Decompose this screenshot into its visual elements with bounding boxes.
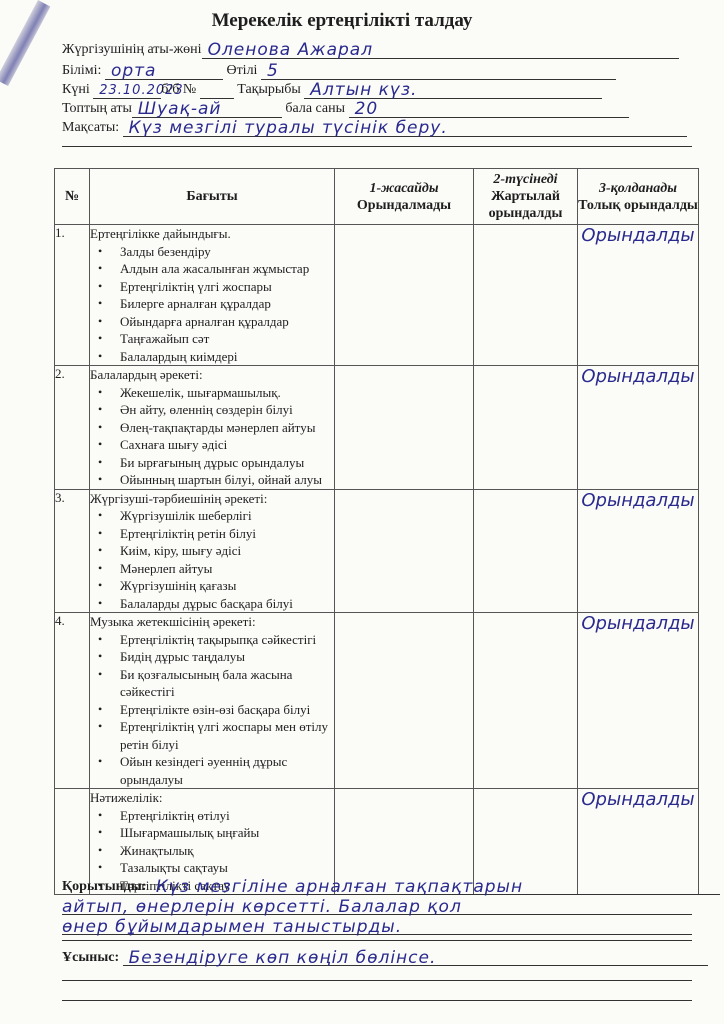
mark-value: Орындалды bbox=[581, 490, 694, 511]
mark-cell-col1[interactable] bbox=[335, 489, 474, 613]
mark-value: Орындалды bbox=[581, 225, 694, 246]
criteria-item: Ертеңгіліктің үлгі жоспары мен өтілу рет… bbox=[120, 718, 334, 753]
date-label: Күні bbox=[62, 82, 90, 97]
criteria-item: Балаларды дұрыс басқара білуі bbox=[120, 595, 334, 613]
row-heading: Музыка жетекшісінің әрекеті: bbox=[90, 613, 334, 631]
criteria-item: Ойындарға арналған құралдар bbox=[120, 313, 334, 331]
children-label: бала саны bbox=[285, 101, 345, 116]
criteria-item: Жинақтылық bbox=[120, 842, 334, 860]
criteria-item: Жүргізушінің қағазы bbox=[120, 577, 334, 595]
criteria-item: Шығармашылық ыңғайы bbox=[120, 824, 334, 842]
group-label: Топтың аты bbox=[62, 101, 132, 116]
criteria-item: Тазалықты сақтауы bbox=[120, 859, 334, 877]
row-heading: Балалардың әрекеті: bbox=[90, 366, 334, 384]
criteria-item: Алдын ала жасалынған жұмыстар bbox=[120, 260, 334, 278]
mark-cell-col3[interactable]: Орындалды bbox=[578, 366, 699, 490]
experience-label: Өтілі bbox=[226, 63, 257, 78]
mark-value: Орындалды bbox=[581, 366, 694, 387]
table-row: 4.Музыка жетекшісінің әрекеті:Ертеңгілік… bbox=[55, 613, 699, 789]
goal-field: Мақсаты: Күз мезгілі туралы түсінік беру… bbox=[62, 118, 692, 137]
criteria-item: Ертеңгіліктің өтілуі bbox=[120, 807, 334, 825]
header-col2: 2-түсінеді Жартылай орындалды bbox=[474, 169, 578, 225]
mark-cell-col1[interactable] bbox=[335, 225, 474, 366]
criteria-item: Ертеңгіліктің ретін білуі bbox=[120, 525, 334, 543]
row-number: 3. bbox=[55, 489, 90, 613]
criteria-item: Би ырғағының дұрыс орындалуы bbox=[120, 454, 334, 472]
mark-value: Орындалды bbox=[581, 789, 694, 810]
mark-cell-col2[interactable] bbox=[474, 366, 578, 490]
criteria-item: Жүргізушілік шеберлігі bbox=[120, 507, 334, 525]
suggestion-field: Ұсыныс: Безендіруге көп көңіл бөлінсе. bbox=[62, 948, 692, 966]
conclusion-line-1[interactable]: Күз мезгіліне арналған тақпақтарын bbox=[150, 877, 523, 897]
date-field: Күні 23.10.2023б/б № Тақырыбы Алтын күз. bbox=[62, 80, 692, 99]
evaluation-table: № Бағыты 1-жасайды Орындалмады 2-түсінед… bbox=[54, 168, 699, 895]
page-title: Мерекелік ертеңгілікті талдау bbox=[0, 10, 724, 32]
criteria-list: Жүргізушілік шеберлігіЕртеңгіліктің реті… bbox=[90, 507, 334, 612]
suggestion-label: Ұсыныс: bbox=[62, 950, 119, 965]
row-direction: Балалардың әрекеті:Жекешелік, шығармашыл… bbox=[90, 366, 335, 490]
conclusion-line-3[interactable]: өнер бұйымдарымен таныстырды. bbox=[62, 917, 402, 937]
criteria-item: Киім, кіру, шығу әдісі bbox=[120, 542, 334, 560]
conclusion-field-2: айтып, өнерлерін көрсетті. Балалар қол bbox=[62, 897, 692, 915]
experience-value[interactable]: 5 bbox=[261, 61, 279, 81]
mark-cell-col3[interactable]: Орындалды bbox=[578, 225, 699, 366]
criteria-item: Жекешелік, шығармашылық. bbox=[120, 384, 334, 402]
table-header-row: № Бағыты 1-жасайды Орындалмады 2-түсінед… bbox=[55, 169, 699, 225]
criteria-item: Ертеңгіліктің тақырыпқа сәйкестігі bbox=[120, 631, 334, 649]
children-value[interactable]: 20 bbox=[349, 99, 379, 119]
conclusion-line-2[interactable]: айтып, өнерлерін көрсетті. Балалар қол bbox=[62, 897, 462, 917]
criteria-item: Билерге арналған құралдар bbox=[120, 295, 334, 313]
education-label: Білімі: bbox=[62, 63, 101, 78]
criteria-item: Таңғажайып сәт bbox=[120, 330, 334, 348]
row-number: 4. bbox=[55, 613, 90, 789]
goal-extra-line bbox=[62, 146, 692, 147]
education-value[interactable]: орта bbox=[105, 61, 157, 81]
row-heading: Жүргізуші-тәрбиешінің әрекеті: bbox=[90, 490, 334, 508]
group-no-value[interactable] bbox=[200, 80, 206, 100]
table-row: 3.Жүргізуші-тәрбиешінің әрекеті:Жүргізуш… bbox=[55, 489, 699, 613]
criteria-item: Мәнерлеп айтуы bbox=[120, 560, 334, 578]
mark-cell-col2[interactable] bbox=[474, 489, 578, 613]
table-row: 1.Ертеңгілікке дайындығы.Залды безендіру… bbox=[55, 225, 699, 366]
row-direction: Ертеңгілікке дайындығы.Залды безендіруАл… bbox=[90, 225, 335, 366]
criteria-item: Өлең-тақпақтарды мәнерлеп айтуы bbox=[120, 419, 334, 437]
criteria-item: Би қозғалысының бала жасына сәйкестігі bbox=[120, 666, 334, 701]
criteria-item: Балалардың киімдері bbox=[120, 348, 334, 366]
row-direction: Жүргізуші-тәрбиешінің әрекеті:Жүргізушіл… bbox=[90, 489, 335, 613]
teacher-value[interactable]: Оленова Ажарал bbox=[202, 40, 374, 60]
header-direction: Бағыты bbox=[90, 169, 335, 225]
conclusion-field-3: өнер бұйымдарымен таныстырды. bbox=[62, 917, 692, 935]
group-no-label: б/б № bbox=[161, 82, 196, 97]
education-field: Білімі: орта Өтілі 5 bbox=[62, 61, 692, 80]
group-field: Топтың атыШуақ-ай бала саны 20 bbox=[62, 99, 692, 118]
teacher-label: Жүргізушінің аты-жөні bbox=[62, 42, 202, 57]
teacher-field: Жүргізушінің аты-жөніОленова Ажарал bbox=[62, 40, 692, 59]
group-value[interactable]: Шуақ-ай bbox=[132, 99, 222, 119]
topic-label: Тақырыбы bbox=[237, 82, 301, 97]
criteria-item: Бидің дұрыс таңдалуы bbox=[120, 648, 334, 666]
criteria-list: Ертеңгіліктің тақырыпқа сәйкестігіБидің … bbox=[90, 631, 334, 789]
conclusion-label: Қорытынды: bbox=[62, 879, 146, 894]
criteria-item: Залды безендіру bbox=[120, 243, 334, 261]
mark-cell-col1[interactable] bbox=[335, 613, 474, 789]
goal-value[interactable]: Күз мезгілі туралы түсінік беру. bbox=[123, 118, 448, 138]
row-number: 1. bbox=[55, 225, 90, 366]
criteria-item: Ойын кезіндегі әуеннің дұрыс орындалуы bbox=[120, 753, 334, 788]
criteria-item: Ойынның шартын білуі, ойнай алуы bbox=[120, 471, 334, 489]
header-num: № bbox=[55, 169, 90, 225]
mark-cell-col2[interactable] bbox=[474, 613, 578, 789]
mark-cell-col3[interactable]: Орындалды bbox=[578, 613, 699, 789]
mark-value: Орындалды bbox=[581, 613, 694, 634]
conclusion-field: Қорытынды: Күз мезгіліне арналған тақпақ… bbox=[62, 877, 692, 895]
criteria-item: Ертеңгіліктің үлгі жоспары bbox=[120, 278, 334, 296]
criteria-list: Жекешелік, шығармашылық.Ән айту, өленнің… bbox=[90, 384, 334, 489]
mark-cell-col2[interactable] bbox=[474, 225, 578, 366]
row-heading: Нәтижелілік: bbox=[90, 789, 334, 807]
row-heading: Ертеңгілікке дайындығы. bbox=[90, 225, 334, 243]
criteria-item: Сахнаға шығу әдісі bbox=[120, 436, 334, 454]
row-direction: Музыка жетекшісінің әрекеті:Ертеңгілікті… bbox=[90, 613, 335, 789]
goal-label: Мақсаты: bbox=[62, 120, 119, 135]
suggestion-value[interactable]: Безендіруге көп көңіл бөлінсе. bbox=[123, 948, 437, 968]
criteria-list: Залды безендіруАлдын ала жасалынған жұмы… bbox=[90, 243, 334, 366]
suggestion-extra-line-1 bbox=[62, 980, 692, 981]
row-number: 2. bbox=[55, 366, 90, 490]
mark-cell-col1[interactable] bbox=[335, 366, 474, 490]
criteria-item: Ән айту, өленнің сөздерін білуі bbox=[120, 401, 334, 419]
mark-cell-col3[interactable]: Орындалды bbox=[578, 489, 699, 613]
criteria-item: Ертеңгілікте өзін-өзі басқара білуі bbox=[120, 701, 334, 719]
suggestion-extra-line-2 bbox=[62, 1000, 692, 1001]
topic-value[interactable]: Алтын күз. bbox=[304, 80, 417, 100]
header-col3: 3-қолданады Толық орындалды bbox=[578, 169, 699, 225]
conclusion-extra-line bbox=[62, 940, 692, 941]
table-row: 2.Балалардың әрекеті:Жекешелік, шығармаш… bbox=[55, 366, 699, 490]
header-col1: 1-жасайды Орындалмады bbox=[335, 169, 474, 225]
